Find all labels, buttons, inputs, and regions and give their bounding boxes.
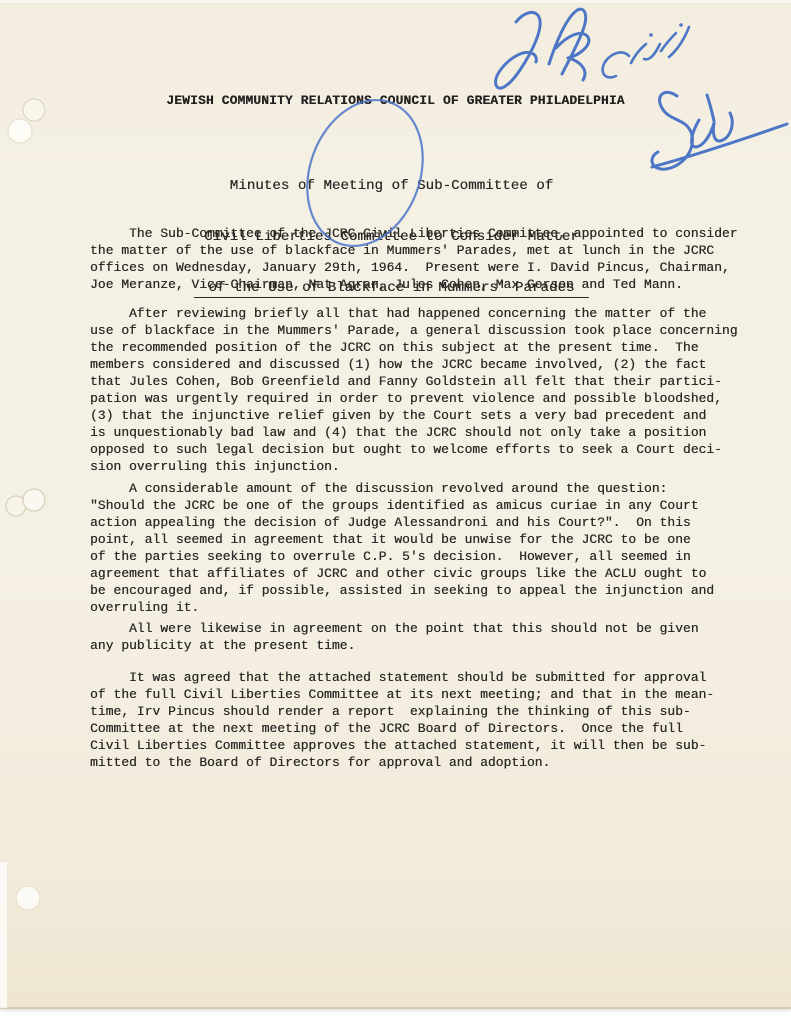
paragraph-3: A considerable amount of the discussion … (90, 480, 714, 616)
paper-top-edge (0, 0, 791, 3)
paragraph-4: All were likewise in agreement on the po… (90, 620, 699, 654)
paragraph-1: The Sub-Committee of the JCRC Civil Libe… (90, 225, 738, 293)
paper-bottom-left-edge (0, 862, 7, 1008)
paragraph-2: After reviewing briefly all that had hap… (90, 305, 738, 475)
page-title: JEWISH COMMUNITY RELATIONS COUNCIL OF GR… (0, 93, 791, 108)
paragraph-5: It was agreed that the attached statemen… (90, 669, 714, 771)
subtitle-line-1: Minutes of Meeting of Sub-Committee of (0, 178, 783, 195)
scanned-document: JEWISH COMMUNITY RELATIONS COUNCIL OF GR… (0, 0, 791, 1024)
